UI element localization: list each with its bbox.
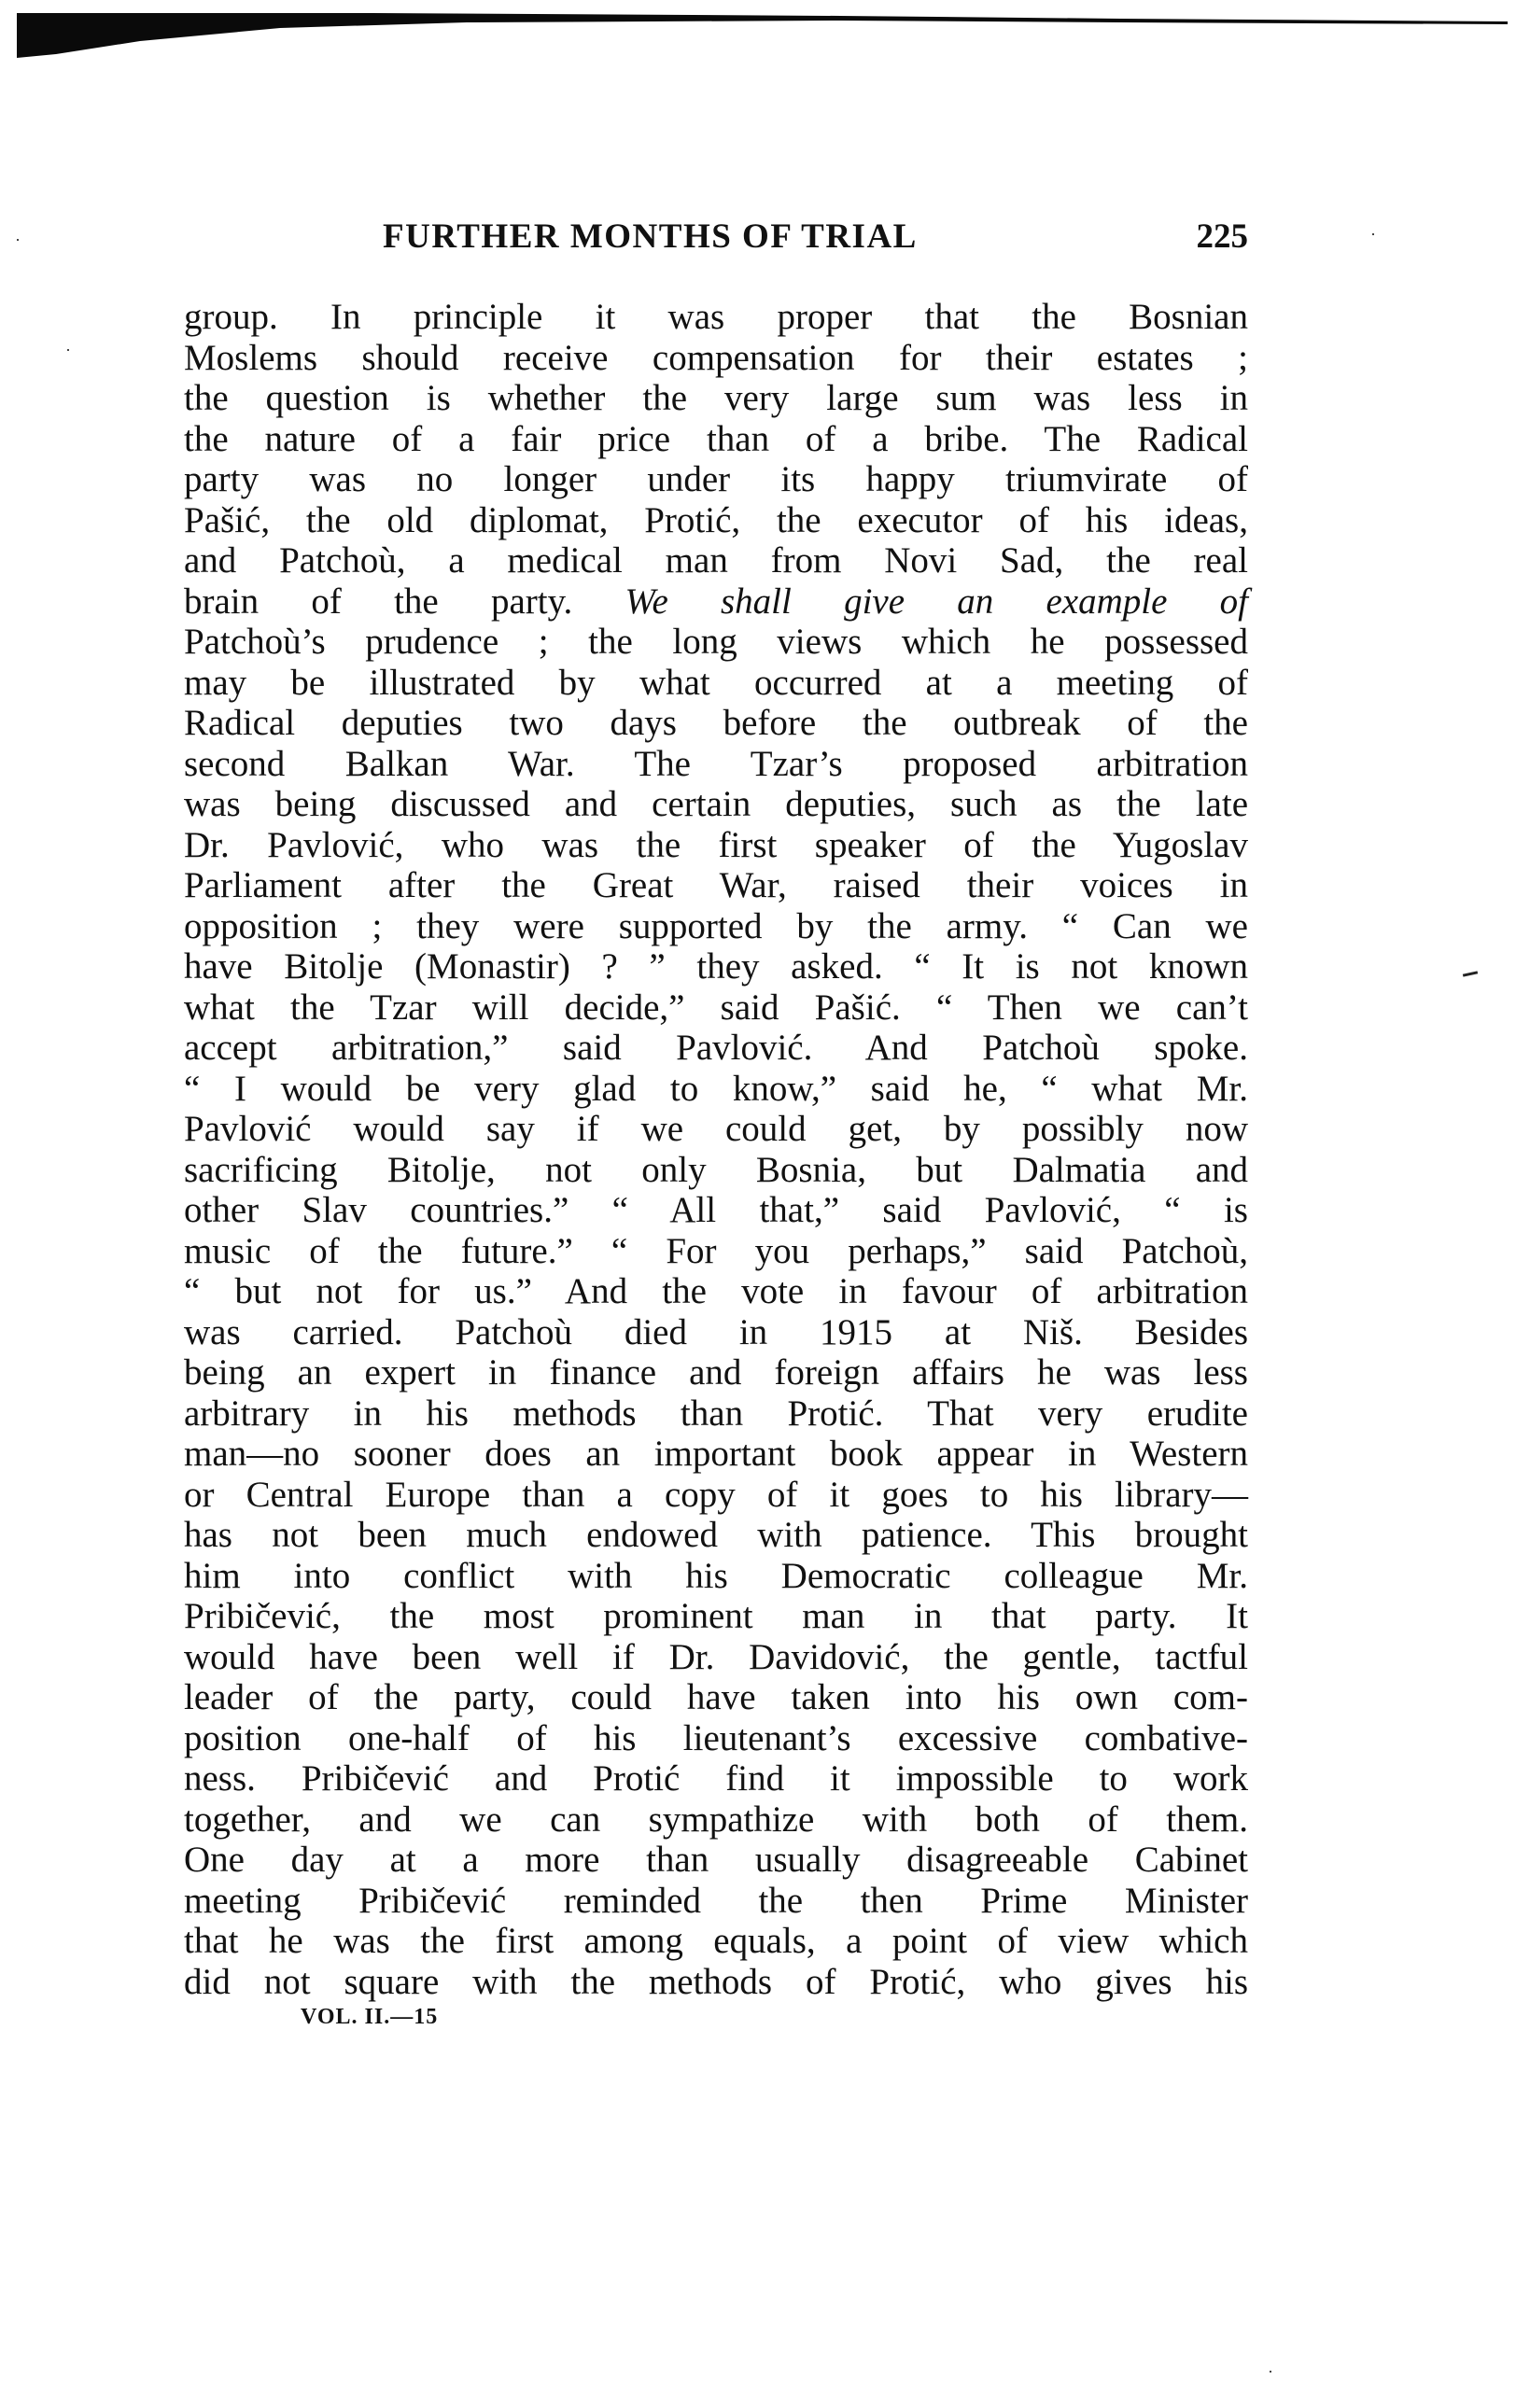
- text-line: Pribičević, the most prominent man in th…: [184, 1596, 1248, 1637]
- text-line: him into conflict with his Democratic co…: [184, 1556, 1248, 1597]
- text-line: group. In principle it was proper that t…: [184, 297, 1248, 338]
- text-line: position one-half of his lieutenant’s ex…: [184, 1718, 1248, 1759]
- text-line: have Bitolje (Monastir) ? ” they asked. …: [184, 946, 1248, 987]
- text-line: Parliament after the Great War, raised t…: [184, 865, 1248, 906]
- text-line: opposition ; they were supported by the …: [184, 906, 1248, 947]
- text-line: arbitrary in his methods than Protić. Th…: [184, 1393, 1248, 1435]
- text-line: has not been much endowed with patience.…: [184, 1515, 1248, 1556]
- page-number: 225: [1197, 217, 1249, 258]
- signature-mark: VOL. II.—15: [301, 2005, 438, 2030]
- text-line: music of the future.” “ For you perhaps,…: [184, 1231, 1248, 1272]
- text-line: other Slav countries.” “ All that,” said…: [184, 1190, 1248, 1231]
- running-title: FURTHER MONTHS OF TRIAL: [383, 217, 918, 258]
- text-line: accept arbitration,” said Pavlović. And …: [184, 1028, 1248, 1069]
- text-line: Dr. Pavlović, who was the first speaker …: [184, 825, 1248, 866]
- text-line: “ but not for us.” And the vote in favou…: [184, 1271, 1248, 1312]
- body-text: group. In principle it was proper that t…: [184, 297, 1248, 2002]
- text-line: the question is whether the very large s…: [184, 378, 1248, 419]
- text-line: “ I would be very glad to know,” said he…: [184, 1069, 1248, 1110]
- scan-speck: [1372, 233, 1374, 235]
- text-line: the nature of a fair price than of a bri…: [184, 419, 1248, 460]
- text-line: may be illustrated by what occurred at a…: [184, 663, 1248, 704]
- text-line: party was no longer under its happy triu…: [184, 459, 1248, 500]
- text-line: sacrificing Bitolje, not only Bosnia, bu…: [184, 1150, 1248, 1191]
- text-line: Pašić, the old diplomat, Protić, the exe…: [184, 500, 1248, 541]
- text-line: Patchoù’s prudence ; the long views whic…: [184, 622, 1248, 663]
- text-line: leader of the party, could have taken in…: [184, 1677, 1248, 1718]
- text-line-mixed: brain of the party. We shall give an exa…: [184, 581, 1248, 623]
- text-line: did not square with the methods of Proti…: [184, 1962, 1248, 2003]
- running-head: FURTHER MONTHS OF TRIAL 225: [184, 217, 1248, 258]
- text-line: together, and we can sympathize with bot…: [184, 1799, 1248, 1841]
- text-line: meeting Pribičević reminded the then Pri…: [184, 1881, 1248, 1922]
- scan-shadow-edge: [0, 0, 1516, 75]
- text-line: Moslems should receive compensation for …: [184, 338, 1248, 379]
- text-line: and Patchoù, a medical man from Novi Sad…: [184, 540, 1248, 581]
- text-line: or Central Europe than a copy of it goes…: [184, 1475, 1248, 1516]
- scan-speck: [17, 239, 19, 241]
- text-line: man—no sooner does an important book app…: [184, 1434, 1248, 1475]
- text-line: being an expert in finance and foreign a…: [184, 1352, 1248, 1393]
- text-line: was carried. Patchoù died in 1915 at Niš…: [184, 1312, 1248, 1353]
- text-line: ness. Pribičević and Protić find it impo…: [184, 1758, 1248, 1799]
- text-line: was being discussed and certain deputies…: [184, 784, 1248, 825]
- text-line: One day at a more than usually disagreea…: [184, 1840, 1248, 1881]
- italic-text-segment: We shall give an example of: [625, 581, 1248, 622]
- text-segment: brain of the party.: [184, 581, 572, 622]
- text-line: would have been well if Dr. Davidović, t…: [184, 1637, 1248, 1678]
- text-line: that he was the first among equals, a po…: [184, 1921, 1248, 1962]
- text-line: Pavlović would say if we could get, by p…: [184, 1109, 1248, 1150]
- text-line: what the Tzar will decide,” said Pašić. …: [184, 987, 1248, 1029]
- scan-speck: [67, 349, 69, 351]
- scan-speck: [1270, 2371, 1271, 2373]
- text-line: second Balkan War. The Tzar’s proposed a…: [184, 744, 1248, 785]
- text-line: Radical deputies two days before the out…: [184, 703, 1248, 744]
- margin-pencil-mark: [1463, 971, 1478, 976]
